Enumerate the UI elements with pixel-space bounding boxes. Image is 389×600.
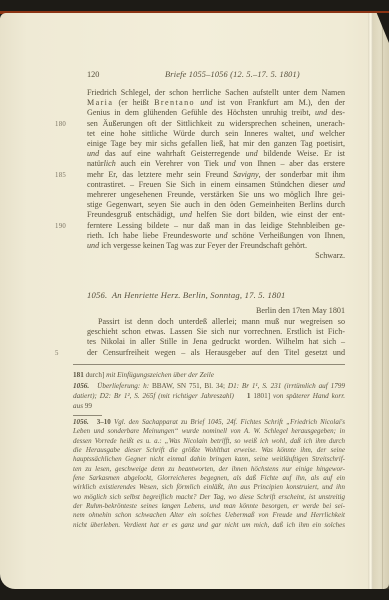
letter-1056-dateline: Berlin den 17ten May 1801 [87,306,345,315]
text-line: contrastiret. – Freuen Sie Sich in einem… [87,180,345,190]
letter-1055-text: Friedrich Schlegel, der schon herrliche … [87,88,345,251]
text-line: und ich vergesse keinen Tag was zur Feye… [87,241,345,251]
text-line: Maria (er heißt Brentano und ist von Fra… [87,98,345,108]
margin-line-number: 190 [55,222,75,232]
text-line: 1056.Überlieferung: h: BBAW, SN 751, Bl.… [73,382,345,392]
margin-line-number: 180 [55,120,75,130]
page-edge-strip [373,13,389,589]
text-line: 1056.3–10 Vgl. den Sachapparat zu Brief … [73,418,345,427]
text-line: rieth. Ich habe liebe Freundesworte und … [87,231,345,241]
book-page: 120 Briefe 1055–1056 (12. 5.–17. 5. 1801… [0,13,389,589]
text-line: nem ohnehin schon schwachen Alter ein so… [73,511,345,520]
text-line: nicht überleben. Verdient hat er es ganz… [73,521,345,530]
text-line: ten zu lesen, geschweige denn zu beantwo… [73,465,345,474]
text-line: 5der Censurfreiheit wegen – als Herausge… [87,348,345,358]
letter-1056-heading: 1056. An Henriette Herz. Berlin, Sonntag… [87,290,345,300]
text-line: fene Sarkasmen abgelockt, Glorreicheres … [73,474,345,483]
book-photo: 120 Briefe 1055–1056 (12. 5.–17. 5. 1801… [0,0,389,600]
text-line: wirklich existierendes Wesen, sich förml… [73,483,345,492]
text-line: Genius in dem glühenden Gefühle des Höch… [87,108,345,118]
text-line: Freundesgruß entschädigt, und helfen Sie… [87,210,345,220]
letter-1055-signature: Schwarz. [87,251,345,260]
page-number: 120 [87,70,99,79]
page-header: 120 Briefe 1055–1056 (12. 5.–17. 5. 1801… [87,70,345,82]
text-line: Leben und sonderbare Meinungen“ wurde no… [73,427,345,436]
apparatus-separator-rule [73,364,345,365]
text-line: 180sen Äußerungen oft der Sittlichkeit z… [87,119,345,129]
text-line: einige Tage bey mir sichs gefallen ließ,… [87,139,345,149]
text-line: stige Gegenwart, seyen Sie auch in den ö… [87,200,345,210]
text-line: tes Nikolai in aller Stille in Jena gedr… [87,337,345,347]
commentary-separator-rule [73,415,102,416]
transmission-note: 1056.Überlieferung: h: BBAW, SN 751, Bl.… [73,382,345,411]
margin-line-number: 185 [55,171,75,181]
text-line: tet eine hohe sittliche Würde durch sein… [87,129,345,139]
text-line: 185mehr Er, das letztere mehr sein Freun… [87,170,345,180]
text-line: die Herausgabe dieser Schrift die größte… [73,446,345,455]
text-line: wo möglich sich selbst begreiflich macht… [73,493,345,502]
margin-line-number: 5 [55,349,75,359]
text-line: 181 durch] mit Einfügungszeichen über de… [73,370,345,380]
running-title: Briefe 1055–1056 (12. 5.–17. 5. 1801) [165,70,300,79]
text-line: dessen Vorrede heißt es u. a.: „Was Nico… [73,437,345,446]
text-line: hauptssächlichen Gegner nicht einmal dah… [73,455,345,464]
text-line: und das auf eine wahrhaft Geisterregende… [87,149,345,159]
letter-1056-text: Passirt ist denn doch unterdeß allerlei;… [87,317,345,358]
text-line: geschieht schon etwas. Lassen Sie sich n… [87,327,345,337]
page-edge-line [382,13,383,589]
text-line: natürlich auch ein Verehrer von Tiek und… [87,159,345,169]
commentary-note: 1056.3–10 Vgl. den Sachapparat zu Brief … [73,418,345,530]
text-line: Passirt ist denn doch unterdeß allerlei;… [87,317,345,327]
emendation-note: 181 durch] mit Einfügungszeichen über de… [73,370,345,380]
text-line: aus 99 [73,402,345,412]
text-line: der Ruhm-bekrönteste seines langen Leben… [73,502,345,511]
text-line: datiert); D2: Br 1², S. 265f (mit richti… [73,392,345,402]
text-line: Friedrich Schlegel, der schon herrliche … [87,88,345,98]
text-line: 190ferntere Lessing bildete – nur daß ma… [87,221,345,231]
text-line: mehrerer ungesehenen Freunde, verstärken… [87,190,345,200]
